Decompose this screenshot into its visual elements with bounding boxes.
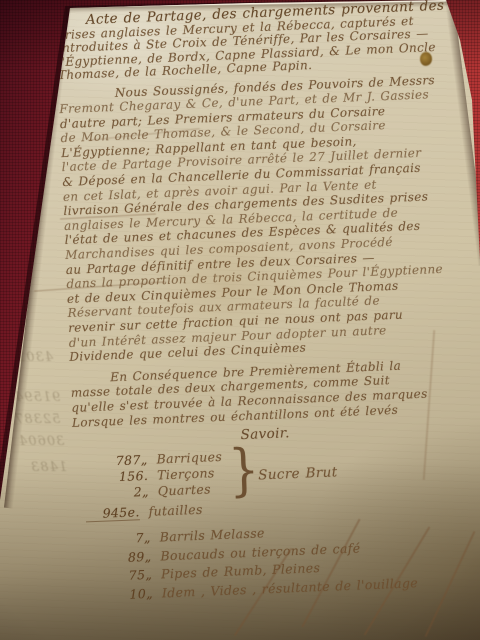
cargo-qty: 75„ — [112, 567, 153, 584]
wax-stain — [420, 52, 432, 66]
bleed-number: 91594 — [14, 390, 60, 405]
brace-glyph: } — [227, 438, 260, 504]
cargo-qty: 156. — [102, 468, 149, 485]
sugar-group-label: Sucre Brut — [258, 464, 338, 483]
cargo-label: Tierçons — [157, 465, 215, 482]
cargo-qty: 10„ — [113, 585, 154, 602]
cargo-label: Quartes — [158, 482, 212, 499]
cargo-qty: 89„ — [111, 548, 152, 565]
bleed-number: 4301 — [16, 350, 53, 365]
cargo-label: Barrils Melasse — [159, 525, 265, 544]
consequence-paragraph: En Conséquence bre Premièrement Établi l… — [70, 355, 480, 430]
photo-scene: 43019159452387306041483 Acte de Partage,… — [0, 0, 480, 640]
cargo-qty: 787„ — [101, 452, 148, 469]
sugar-rows: 787„Barriques156.Tierçons2„Quartes — [101, 449, 223, 502]
sugar-total-label: futailles — [148, 502, 203, 519]
manuscript-paper: 43019159452387306041483 Acte de Partage,… — [0, 0, 480, 640]
sugar-total-row: 945e.futailles — [85, 502, 203, 523]
bleed-number: 52387 — [14, 412, 60, 427]
cargo-qty: 2„ — [103, 484, 150, 501]
cargo-qty: 7„ — [110, 530, 151, 547]
cargo-label: Barriques — [156, 449, 222, 467]
title-paragraph: Acte de Partage, des chargements provena… — [56, 0, 470, 83]
cargo-items: 7„Barrils Melasse89„Boucauds ou tierçons… — [76, 516, 480, 606]
bleed-number: 1483 — [30, 460, 67, 475]
cargo-row: 2„Quartes — [103, 481, 224, 502]
bleed-number: 30604 — [18, 434, 64, 449]
damp-stain — [150, 238, 300, 333]
sugar-cargo-group: 787„Barriques156.Tierçons2„Quartes } Suc… — [73, 438, 480, 528]
sugar-total-qty: 945e. — [85, 504, 140, 522]
